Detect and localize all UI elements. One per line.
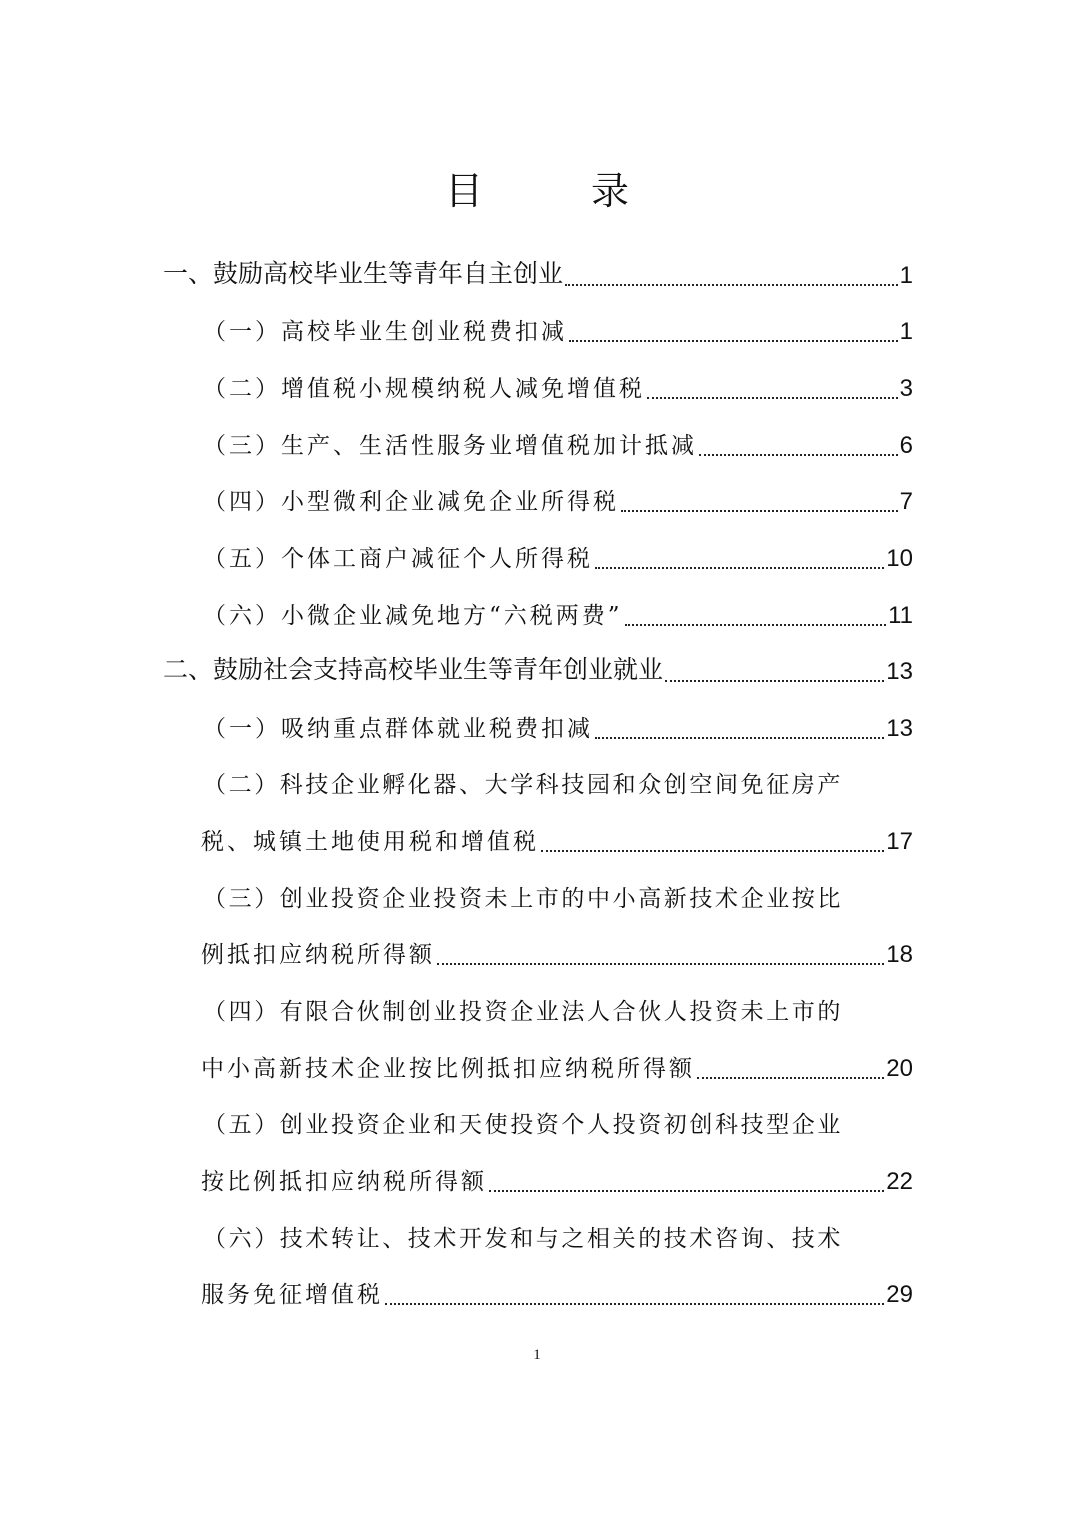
toc-entry-1-6[interactable]: （六）小微企业减免地方“六税两费” 11 bbox=[203, 590, 913, 630]
toc-entry-text: （三）生产、生活性服务业增值税加计抵减 bbox=[203, 427, 697, 460]
toc-entry-text: 服务免征增值税 bbox=[201, 1276, 383, 1309]
toc-entry-page: 10 bbox=[886, 545, 913, 573]
dot-leader bbox=[437, 962, 884, 965]
toc-entry-1-4[interactable]: （四）小型微利企业减免企业所得税 7 bbox=[203, 476, 913, 516]
toc-entry-section-2[interactable]: 二、鼓励社会支持高校毕业生等青年创业就业 13 bbox=[163, 646, 913, 686]
toc-entry-page: 29 bbox=[886, 1281, 913, 1309]
toc-entry-text: （一）吸纳重点群体就业税费扣减 bbox=[203, 710, 593, 743]
toc-entry-2-3-line2[interactable]: 例抵扣应纳税所得额 18 bbox=[163, 929, 913, 969]
toc-entry-text: （四）小型微利企业减免企业所得税 bbox=[203, 483, 619, 516]
dot-leader bbox=[569, 339, 898, 342]
dot-leader bbox=[625, 623, 887, 626]
toc-entry-2-5-line2[interactable]: 按比例抵扣应纳税所得额 22 bbox=[163, 1156, 913, 1196]
dot-leader bbox=[621, 509, 898, 512]
toc-entry-2-1[interactable]: （一）吸纳重点群体就业税费扣减 13 bbox=[203, 703, 913, 743]
dot-leader bbox=[595, 566, 884, 569]
toc-entry-page: 13 bbox=[886, 658, 913, 686]
toc-entry-page: 1 bbox=[900, 318, 913, 346]
dot-leader bbox=[665, 679, 884, 682]
toc-entry-text: （一）高校毕业生创业税费扣减 bbox=[203, 313, 567, 346]
toc-entry-2-5-line1[interactable]: （五）创业投资企业和天使投资个人投资初创科技型企业 bbox=[203, 1099, 913, 1139]
toc-entry-page: 18 bbox=[886, 941, 913, 969]
toc-entry-text: 按比例抵扣应纳税所得额 bbox=[201, 1163, 487, 1196]
toc-entry-page: 13 bbox=[886, 715, 913, 743]
page-number: 1 bbox=[0, 1347, 1074, 1364]
toc-entry-page: 7 bbox=[900, 488, 913, 516]
toc-entry-page: 3 bbox=[900, 375, 913, 403]
dot-leader bbox=[385, 1302, 884, 1305]
dot-leader bbox=[541, 849, 884, 852]
toc-entry-2-4-line2[interactable]: 中小高新技术企业按比例抵扣应纳税所得额 20 bbox=[163, 1043, 913, 1083]
dot-leader bbox=[489, 1189, 884, 1192]
toc-entry-2-2-line2[interactable]: 税、城镇土地使用税和增值税 17 bbox=[163, 816, 913, 856]
toc-entry-1-2[interactable]: （二）增值税小规模纳税人减免增值税 3 bbox=[203, 363, 913, 403]
toc-entry-text: 一、鼓励高校毕业生等青年自主创业 bbox=[163, 254, 563, 290]
toc-entry-text: （六）技术转让、技术开发和与之相关的技术咨询、技术 bbox=[203, 1220, 843, 1253]
toc-entry-text: （二）增值税小规模纳税人减免增值税 bbox=[203, 370, 645, 403]
toc-entry-page: 1 bbox=[900, 262, 913, 290]
toc-entry-text: 税、城镇土地使用税和增值税 bbox=[201, 823, 539, 856]
dot-leader bbox=[595, 736, 884, 739]
dot-leader bbox=[699, 453, 898, 456]
dot-leader bbox=[647, 396, 898, 399]
dot-leader bbox=[565, 283, 898, 286]
toc-entry-2-6-line2[interactable]: 服务免征增值税 29 bbox=[163, 1269, 913, 1309]
toc-entry-text: （五）个体工商户减征个人所得税 bbox=[203, 540, 593, 573]
toc-entry-text: （五）创业投资企业和天使投资个人投资初创科技型企业 bbox=[203, 1106, 843, 1139]
toc-entry-text: （二）科技企业孵化器、大学科技园和众创空间免征房产 bbox=[203, 766, 843, 799]
toc-entry-page: 20 bbox=[886, 1055, 913, 1083]
toc-entry-page: 17 bbox=[886, 828, 913, 856]
toc-title: 目 录 bbox=[0, 160, 1074, 215]
toc-entry-2-4-line1[interactable]: （四）有限合伙制创业投资企业法人合伙人投资未上市的 bbox=[203, 986, 913, 1026]
toc-entry-text: （六）小微企业减免地方“六税两费” bbox=[203, 597, 623, 630]
toc-entry-1-5[interactable]: （五）个体工商户减征个人所得税 10 bbox=[203, 533, 913, 573]
toc-entry-section-1[interactable]: 一、鼓励高校毕业生等青年自主创业 1 bbox=[163, 250, 913, 290]
toc-entry-text: 中小高新技术企业按比例抵扣应纳税所得额 bbox=[201, 1050, 695, 1083]
toc-entry-page: 11 bbox=[888, 602, 913, 630]
toc-entry-page: 22 bbox=[886, 1168, 913, 1196]
toc-entry-2-3-line1[interactable]: （三）创业投资企业投资未上市的中小高新技术企业按比 bbox=[203, 873, 913, 913]
toc-entry-page: 6 bbox=[900, 432, 913, 460]
toc-entry-1-1[interactable]: （一）高校毕业生创业税费扣减 1 bbox=[203, 306, 913, 346]
toc-entry-2-6-line1[interactable]: （六）技术转让、技术开发和与之相关的技术咨询、技术 bbox=[203, 1213, 913, 1253]
toc-entry-1-3[interactable]: （三）生产、生活性服务业增值税加计抵减 6 bbox=[203, 420, 913, 460]
toc-entry-2-2-line1[interactable]: （二）科技企业孵化器、大学科技园和众创空间免征房产 bbox=[203, 759, 913, 799]
toc-entry-text: （三）创业投资企业投资未上市的中小高新技术企业按比 bbox=[203, 880, 843, 913]
toc-entry-text: （四）有限合伙制创业投资企业法人合伙人投资未上市的 bbox=[203, 993, 843, 1026]
dot-leader bbox=[697, 1076, 884, 1079]
toc-entry-text: 例抵扣应纳税所得额 bbox=[201, 936, 435, 969]
toc-entry-text: 二、鼓励社会支持高校毕业生等青年创业就业 bbox=[163, 650, 663, 686]
